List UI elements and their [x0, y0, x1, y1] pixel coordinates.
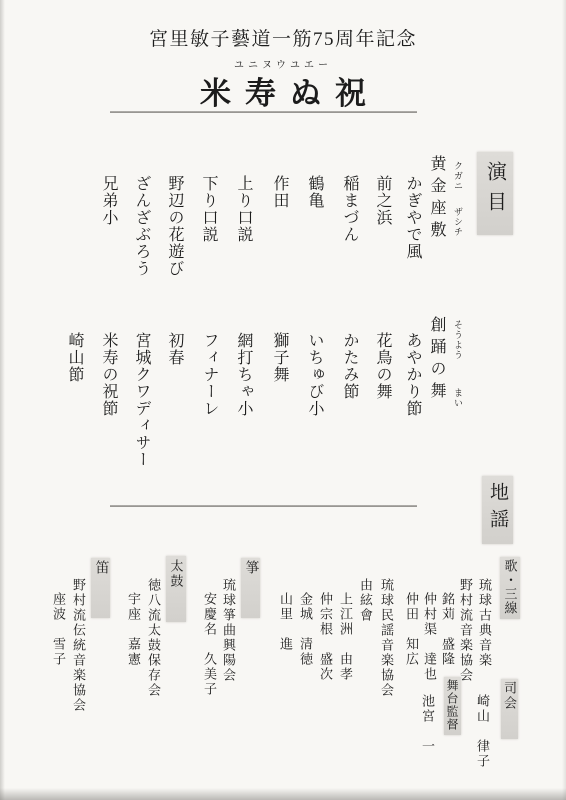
uta-sanshin-label: 歌・三線	[500, 557, 520, 619]
group-name: 琉球民謡音楽協会	[377, 578, 396, 698]
program-item: 稲まづん	[338, 175, 361, 243]
uta-sanshin-label-text: 歌・三線	[501, 557, 520, 615]
mc-name: 崎山 律子	[473, 694, 492, 769]
group-name: 琉球箏曲興陽会	[219, 578, 238, 683]
koto-label-text: 箏	[241, 558, 261, 574]
event-title: 宮里敏子藝道一筋75周年記念	[0, 24, 566, 51]
taiko-label: 太鼓	[166, 556, 186, 622]
main-title: 米寿ぬ祝	[14, 68, 566, 113]
page-edge-shadow-right	[562, 0, 566, 800]
page-edge-shadow-left	[0, 0, 5, 800]
performer-name: 仲村渠 達也	[420, 592, 439, 682]
stage-director-label-text: 舞台監督	[444, 677, 461, 731]
program-item: フィナーレ	[198, 332, 221, 417]
taiko-label-text: 太鼓	[167, 556, 186, 589]
performer-name: 宇座 嘉憲	[124, 592, 143, 667]
performer-name: 安慶名 久美子	[200, 592, 219, 697]
group-name: 由絃會	[356, 578, 375, 623]
jiutai-section-label-text: 地謡	[484, 476, 511, 536]
program-item: 鶴亀	[303, 175, 326, 209]
koto-label: 箏	[241, 558, 260, 618]
program-item-furigana: ザシチ	[452, 207, 465, 237]
program-section-label: 演目	[477, 152, 513, 235]
group-name: 野村流音楽協会	[456, 578, 475, 683]
program-item: 網打ちゃ小	[232, 332, 255, 417]
program-item: 宮城クワディサー	[130, 332, 153, 468]
fue-label-text: 笛	[91, 558, 111, 574]
program-item: あやかり節	[401, 332, 424, 417]
performer-name: 銘苅 盛隆	[438, 592, 457, 667]
group-name: 野村流伝統音楽協会	[69, 578, 88, 713]
program-item: 初春	[163, 332, 186, 366]
jiutai-section-label: 地謡	[482, 476, 513, 544]
page-edge-shadow-bottom	[0, 788, 566, 800]
divider-line-bottom	[110, 505, 417, 507]
concert-program-page: 宮里敏子藝道一筋75周年記念 ユニヌウユエー 米寿ぬ祝 演目 黄金座敷 クガニ …	[0, 0, 566, 800]
mc-label: 司会	[501, 679, 518, 739]
program-item: 上り口説	[232, 175, 255, 243]
group-name: 徳八流太鼓保存会	[144, 578, 163, 698]
stage-director-label: 舞台監督	[444, 677, 461, 735]
group-name: 琉球古典音楽	[475, 578, 494, 668]
program-item: 崎山節	[63, 332, 86, 383]
program-item: 花鳥の舞	[371, 332, 394, 400]
program-item: 野辺の花遊び	[163, 175, 186, 277]
mc-label-text: 司会	[500, 679, 519, 711]
stage-director-name: 池宮 一	[418, 694, 437, 754]
performer-name: 山里 進	[276, 592, 295, 652]
program-item-furigana: クガニ	[452, 161, 465, 191]
performer-name: 上江洲 由孝	[336, 592, 355, 682]
program-section-label-text: 演目	[481, 152, 510, 221]
program-item: 下り口説	[197, 175, 220, 243]
program-item: いちゅび小	[303, 332, 326, 417]
program-item: 作田	[268, 175, 291, 209]
program-item-furigana: まい	[452, 388, 465, 408]
performer-name: 仲田 知広	[402, 592, 421, 667]
divider-line-top	[110, 111, 417, 113]
fue-label: 笛	[91, 558, 110, 618]
program-item: 前之浜	[371, 175, 394, 226]
program-item-furigana: そうよう	[452, 320, 465, 360]
program-item: 米寿の祝節	[97, 332, 120, 417]
program-item: 兄弟小	[97, 175, 120, 226]
program-item: かたみ節	[338, 332, 361, 400]
program-item: ざんざぶろう	[130, 175, 153, 277]
program-item: 黄金座敷	[425, 155, 448, 243]
performer-name: 仲宗根 盛次	[316, 592, 335, 682]
performer-name: 座波 雪子	[49, 592, 68, 667]
program-item: かぎやで風	[401, 175, 424, 260]
program-item: 創踊の舞	[425, 316, 448, 404]
program-item: 獅子舞	[268, 332, 291, 383]
performer-name: 金城 清徳	[296, 592, 315, 667]
